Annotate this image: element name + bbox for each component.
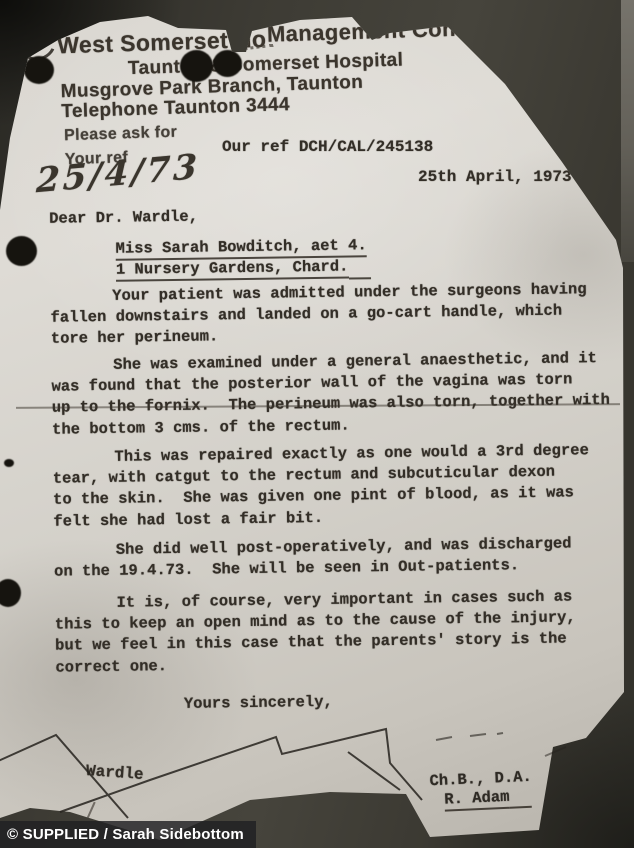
signature-block: Ch.B., D.A. R. Adam <box>429 768 533 812</box>
salutation: Dear Dr. Wardle, <box>49 207 198 230</box>
photo-credit: © SUPPLIED / Sarah Sidebottom <box>0 821 256 848</box>
closing: Yours sincerely, <box>184 692 333 715</box>
underline-extension <box>348 256 370 280</box>
hole-punch-dot <box>6 236 37 266</box>
paragraph: She was examined under a general anaesth… <box>51 348 610 441</box>
underline-extension <box>509 787 532 809</box>
address-line: 1 Nursery Gardens, Chard. <box>116 256 371 283</box>
subject-block: Miss Sarah Bowditch, aet 4. 1 Nursery Ga… <box>115 235 370 283</box>
background-right-strip <box>621 0 634 262</box>
paragraph: This was repaired exactly as one would a… <box>52 440 590 532</box>
signatory-line: R. Adam <box>430 787 533 812</box>
ink-blob <box>213 50 242 77</box>
paragraph: It is, of course, very important in case… <box>54 586 576 678</box>
ink-blob <box>180 50 213 82</box>
letter-photograph: West Somerset Ho Management Con Taunton … <box>0 0 634 848</box>
hole-punch-dot <box>4 459 14 467</box>
ink-blob <box>24 56 54 84</box>
paragraph: She did well post-operatively, and was d… <box>54 533 572 583</box>
paragraph: Your patient was admitted under the surg… <box>50 279 587 350</box>
